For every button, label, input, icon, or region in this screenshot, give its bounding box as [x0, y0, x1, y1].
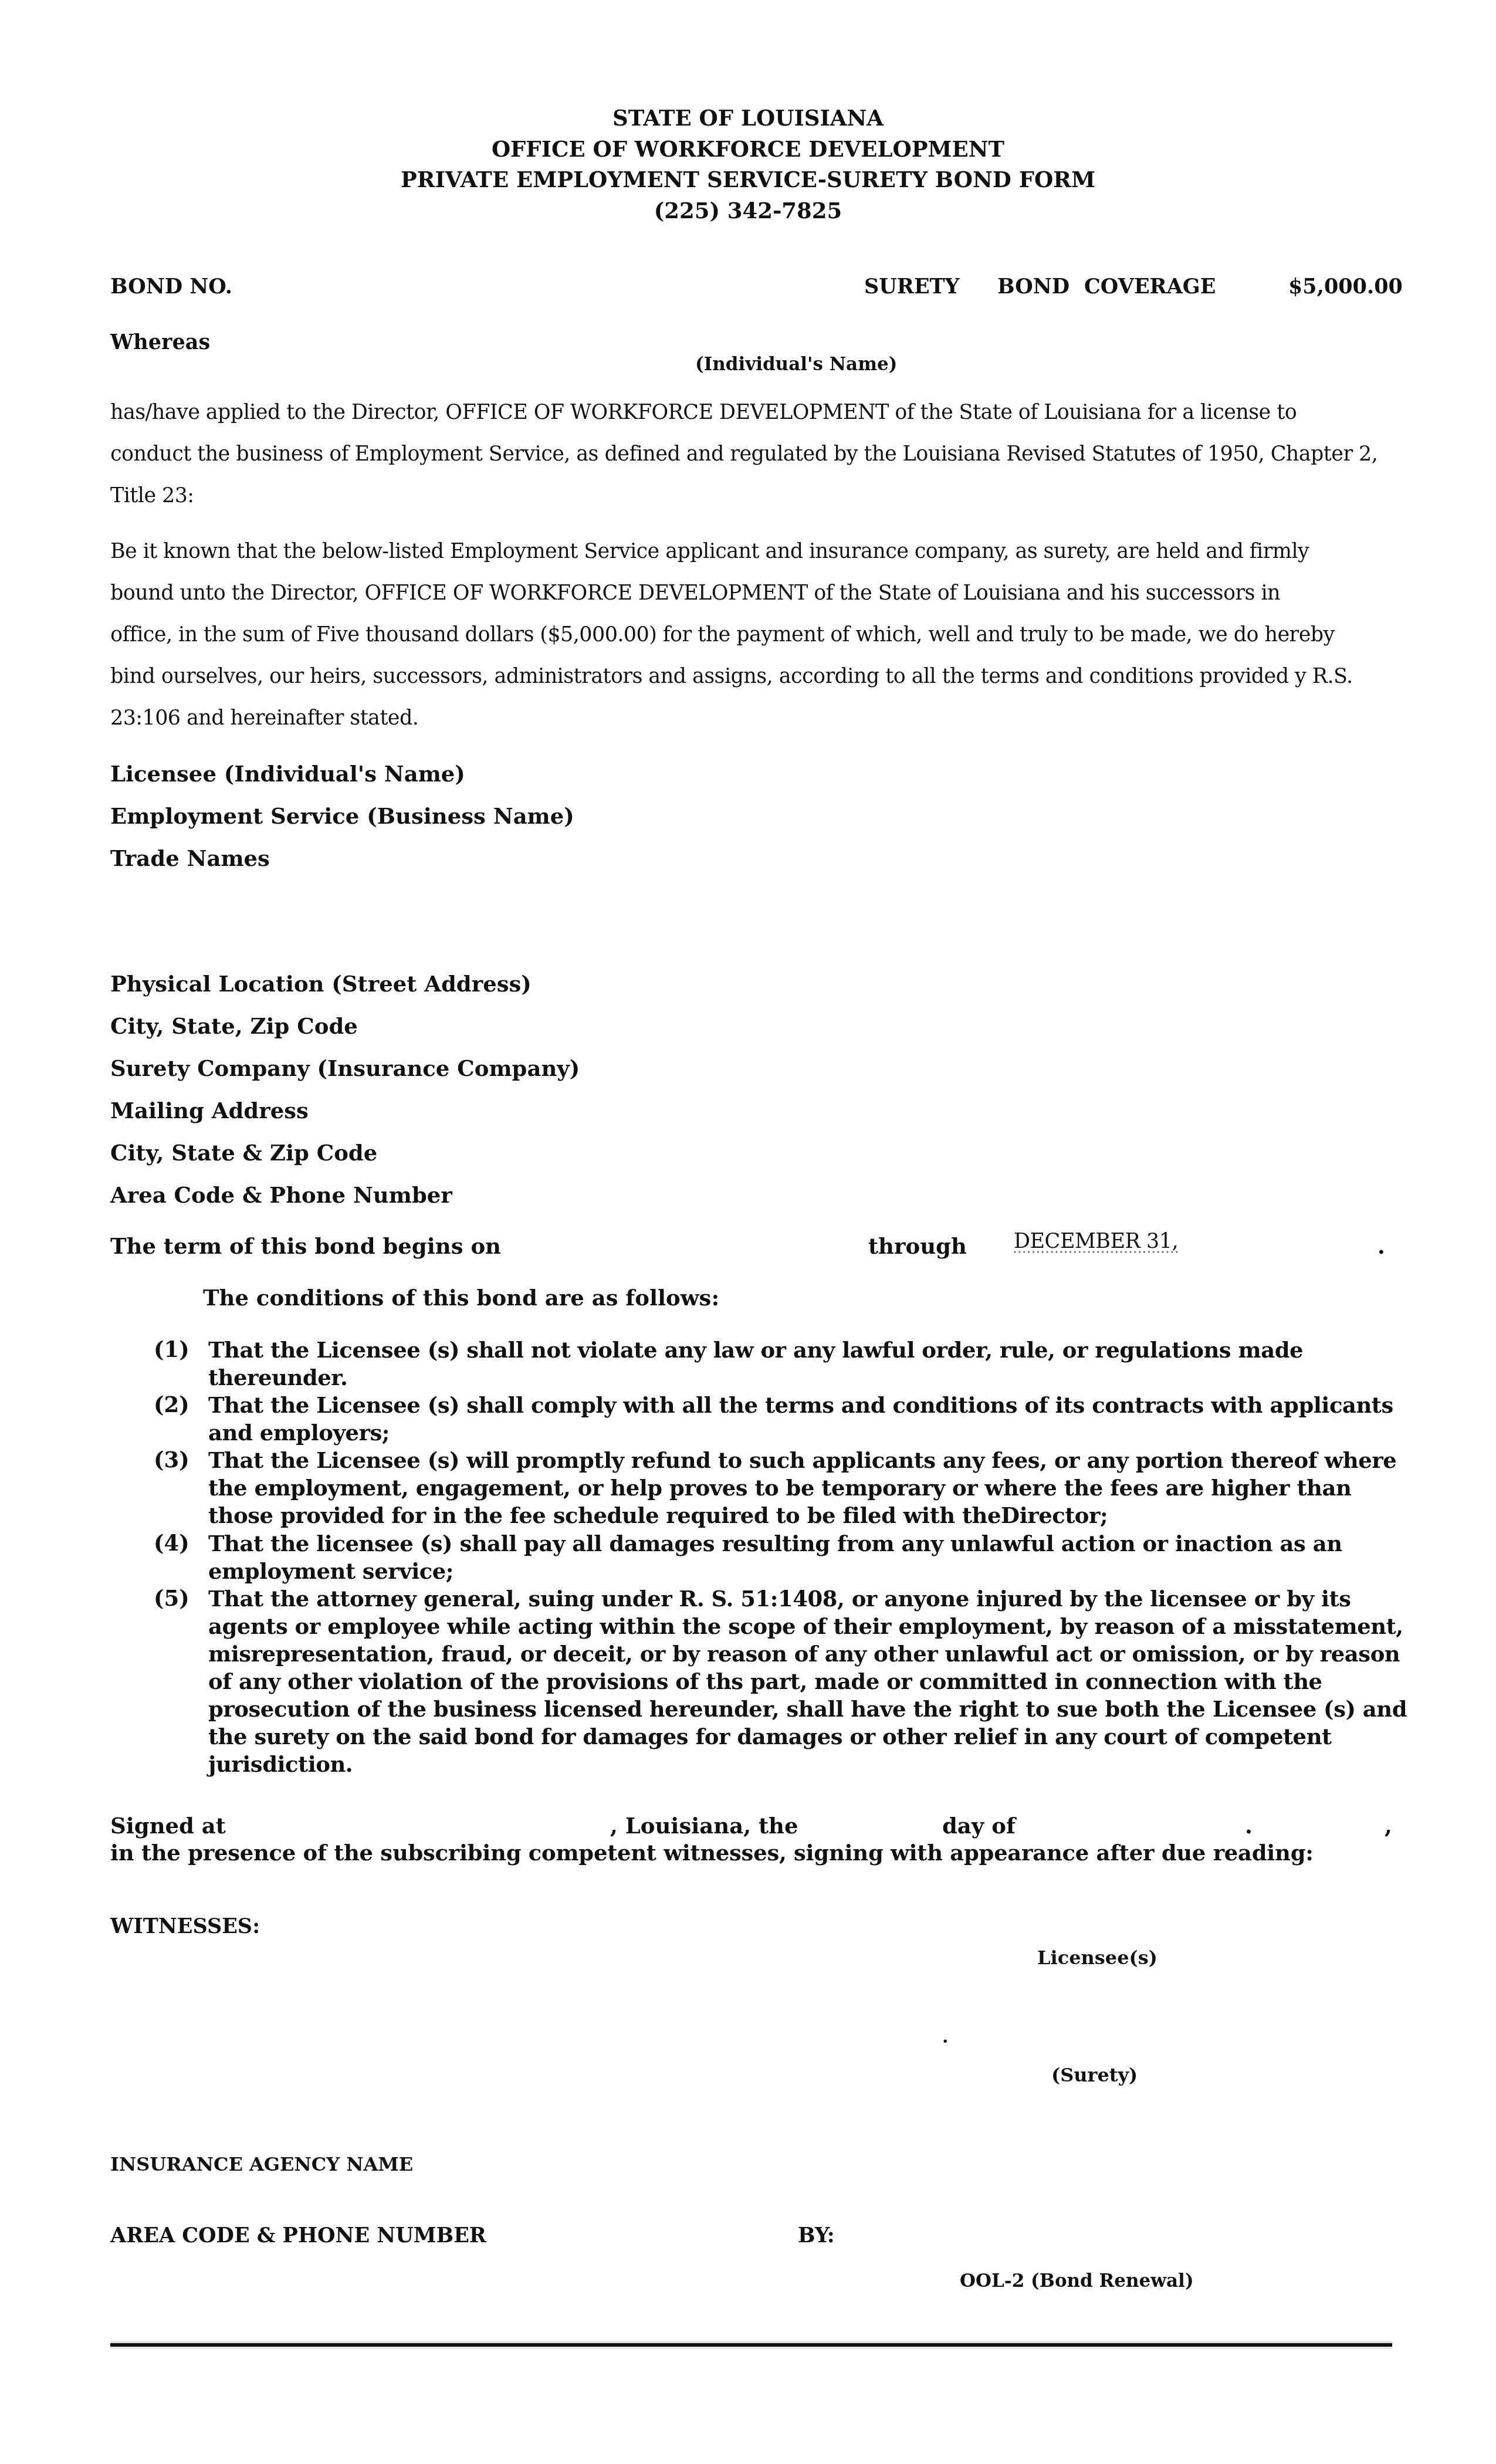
- mailing-address-input[interactable]: [317, 1094, 1393, 1123]
- signed-month-input[interactable]: [1033, 1809, 1246, 1838]
- header-state: STATE OF LOUISIANA: [0, 103, 1496, 133]
- paragraph2-line: 23:106 and hereinafter stated.: [110, 706, 418, 730]
- area-code-phone-input[interactable]: [452, 1178, 1393, 1207]
- witness-2-signature[interactable]: [110, 2018, 846, 2055]
- city-state-zip-input[interactable]: [364, 1009, 1393, 1038]
- header-phone: (225) 342-7825: [0, 195, 1496, 226]
- term-through-label: through: [868, 1233, 967, 1259]
- signed-at-city-input[interactable]: [223, 1809, 607, 1838]
- coverage-label-coverage: COVERAGE: [1084, 275, 1216, 299]
- whereas-individual-name-input[interactable]: [211, 326, 1387, 356]
- surety-city-state-zip-label: City, State & Zip Code: [110, 1140, 377, 1166]
- licensee-signature-caption: Licensee(s): [1037, 1947, 1157, 1969]
- whereas-label: Whereas: [110, 330, 210, 354]
- paragraph1-line: has/have applied to the Director, OFFICE…: [110, 401, 1297, 424]
- area-code-phone-label: Area Code & Phone Number: [110, 1182, 452, 1208]
- condition-text: That the licensee (s) shall pay all dama…: [208, 1530, 1411, 1585]
- paragraph2-line: Be it known that the below-listed Employ…: [110, 540, 1309, 563]
- header-form-title: PRIVATE EMPLOYMENT SERVICE-SURETY BOND F…: [0, 164, 1496, 195]
- licensee-label: Licensee (Individual's Name): [110, 761, 465, 787]
- individual-name-caption: (Individual's Name): [695, 354, 897, 375]
- coverage-label-surety: SURETY: [864, 275, 960, 299]
- term-end-date-value[interactable]: DECEMBER 31,: [1014, 1230, 1178, 1253]
- surety-city-state-zip-input[interactable]: [381, 1136, 1393, 1165]
- condition-number: (5): [154, 1585, 189, 1611]
- by-signature-input[interactable]: [845, 2219, 1393, 2249]
- by-label: BY:: [798, 2223, 835, 2248]
- form-id: OOL-2 (Bond Renewal): [960, 2270, 1194, 2292]
- day-of-label: day of: [942, 1813, 1016, 1839]
- conditions-intro: The conditions of this bond are as follo…: [203, 1285, 719, 1311]
- surety-signature-caption: (Surety): [1051, 2064, 1138, 2086]
- condition-number: (1): [154, 1336, 189, 1362]
- licensee-input[interactable]: [481, 757, 1393, 786]
- paragraph2-line: bind ourselves, our heirs, successors, a…: [110, 665, 1353, 688]
- witness-1-signature[interactable]: [110, 1942, 846, 1978]
- condition-text: That the Licensee (s) shall not violate …: [208, 1336, 1411, 1392]
- condition-text: That the attorney general, suing under R…: [208, 1585, 1411, 1778]
- coverage-amount: $5,000.00: [1288, 275, 1403, 299]
- physical-location-input[interactable]: [528, 967, 1393, 996]
- agency-area-code-phone-label: AREA CODE & PHONE NUMBER: [110, 2223, 486, 2248]
- coverage-label-bond: BOND: [997, 275, 1069, 299]
- physical-location-label: Physical Location (Street Address): [110, 971, 532, 997]
- presence-statement: in the presence of the subscribing compe…: [110, 1840, 1314, 1866]
- insurance-agency-name-input[interactable]: [428, 2149, 1393, 2178]
- condition-number: (2): [154, 1392, 189, 1417]
- term-end-period: .: [1377, 1233, 1385, 1259]
- paragraph1-line: Title 23:: [110, 484, 194, 507]
- city-state-zip-label: City, State, Zip Code: [110, 1013, 358, 1039]
- condition-text: That the Licensee (s) will promptly refu…: [208, 1447, 1411, 1529]
- agency-phone-input[interactable]: [505, 2219, 788, 2249]
- trade-names-input[interactable]: [276, 841, 1393, 930]
- insurance-agency-name-label: INSURANCE AGENCY NAME: [110, 2153, 413, 2175]
- paragraph2-line: office, in the sum of Five thousand doll…: [110, 623, 1335, 647]
- bottom-rule: [110, 2343, 1392, 2347]
- surety-company-label: Surety Company (Insurance Company): [110, 1055, 580, 1081]
- term-begins-label: The term of this bond begins on: [110, 1233, 501, 1259]
- louisiana-the-label: , Louisiana, the: [610, 1813, 798, 1839]
- signed-day-input[interactable]: [804, 1809, 935, 1838]
- condition-number: (3): [154, 1447, 189, 1473]
- term-end-year-input[interactable]: [1185, 1229, 1375, 1258]
- surety-signature[interactable]: [939, 2029, 1393, 2065]
- bond-no-input[interactable]: [246, 271, 824, 300]
- header-office: OFFICE OF WORKFORCE DEVELOPMENT: [0, 134, 1496, 164]
- condition-number: (4): [154, 1530, 189, 1556]
- trade-names-label: Trade Names: [110, 845, 270, 871]
- mailing-address-label: Mailing Address: [110, 1098, 309, 1123]
- paragraph2-line: bound unto the Director, OFFICE OF WORKF…: [110, 581, 1280, 605]
- date-trailing-comma: ,: [1385, 1813, 1392, 1839]
- term-begin-date-input[interactable]: [487, 1229, 853, 1258]
- employment-service-label: Employment Service (Business Name): [110, 803, 574, 829]
- signed-year-input[interactable]: [1258, 1809, 1372, 1838]
- licensee-signature[interactable]: [939, 1910, 1393, 1946]
- date-separator: .: [1245, 1813, 1253, 1839]
- signed-at-label: Signed at: [110, 1813, 226, 1839]
- paragraph1-line: conduct the business of Employment Servi…: [110, 442, 1377, 466]
- surety-company-input[interactable]: [575, 1051, 1393, 1081]
- bond-no-label: BOND NO.: [110, 275, 232, 299]
- witnesses-label: WITNESSES:: [110, 1914, 260, 1938]
- employment-service-input[interactable]: [563, 799, 1393, 828]
- condition-text: That the Licensee (s) shall comply with …: [208, 1392, 1411, 1447]
